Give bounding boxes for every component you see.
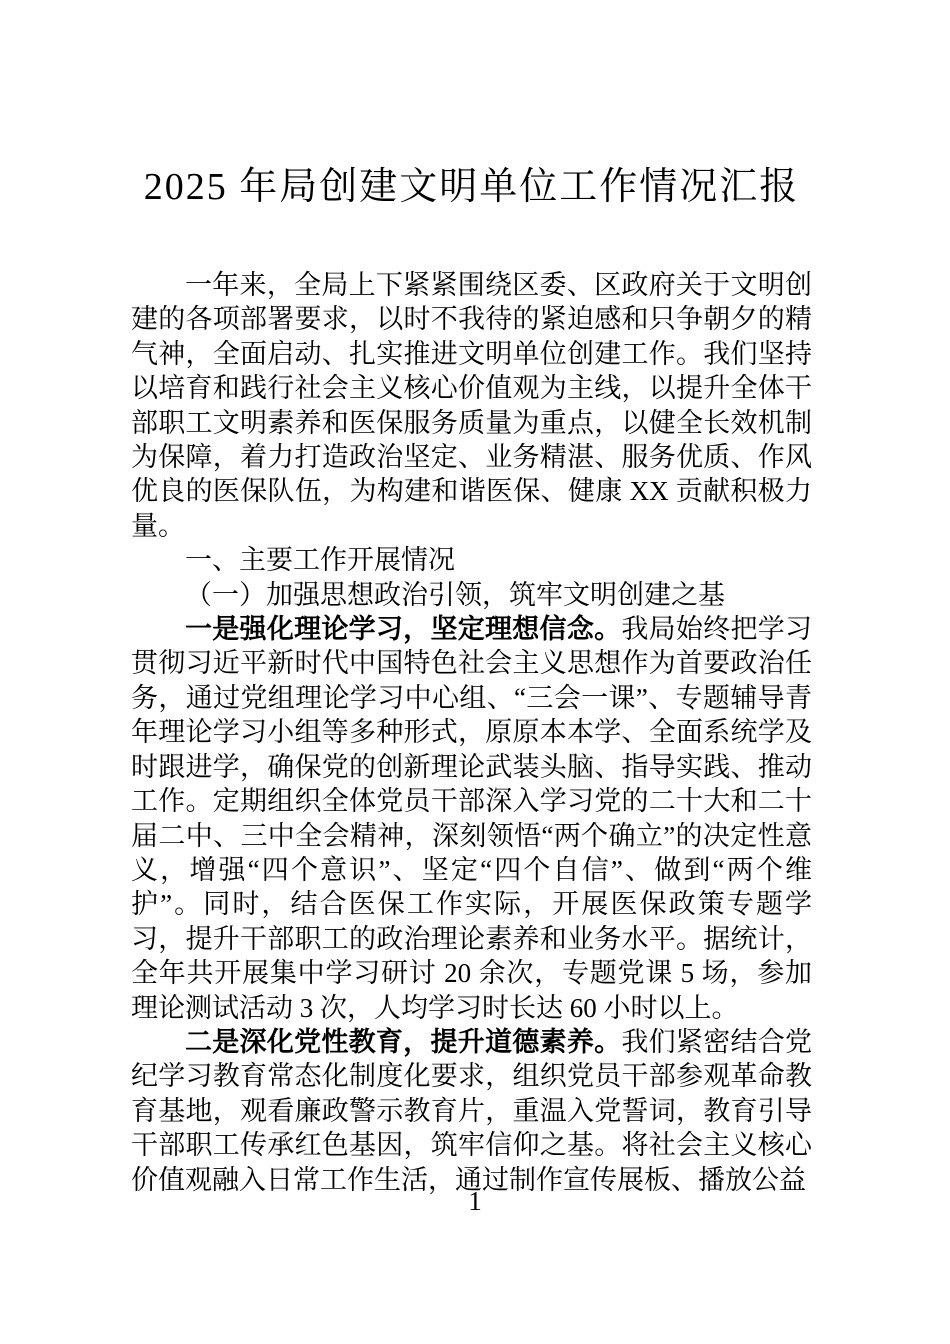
page-number: 1 [0,1184,950,1218]
document-title: 2025 年局创建文明单位工作情况汇报 [131,162,812,212]
paragraph-point-two-lead: 二是深化党性教育，提升道德素养。 [185,1027,621,1057]
paragraph-point-one-lead: 一是强化理论学习，坚定理想信念。 [185,614,621,644]
paragraph-point-one-text: 我局始终把学习贯彻习近平新时代中国特色社会主义思想作为首要政治任务，通过党组理论… [131,614,812,1022]
heading-level-1: 一、主要工作开展情况 [131,543,812,577]
paragraph-point-two: 二是深化党性教育，提升道德素养。我们紧密结合党纪学习教育常态化制度化要求，组织党… [131,1025,812,1197]
paragraph-intro: 一年来，全局上下紧紧围绕区委、区政府关于文明创建的各项部署要求，以时不我待的紧迫… [131,268,812,543]
document-page: 2025 年局创建文明单位工作情况汇报 一年来，全局上下紧紧围绕区委、区政府关于… [0,0,950,1344]
paragraph-point-one: 一是强化理论学习，坚定理想信念。我局始终把学习贯彻习近平新时代中国特色社会主义思… [131,612,812,1025]
document-body: 一年来，全局上下紧紧围绕区委、区政府关于文明创建的各项部署要求，以时不我待的紧迫… [131,268,812,1197]
heading-level-2: （一）加强思想政治引领，筑牢文明创建之基 [131,578,812,612]
